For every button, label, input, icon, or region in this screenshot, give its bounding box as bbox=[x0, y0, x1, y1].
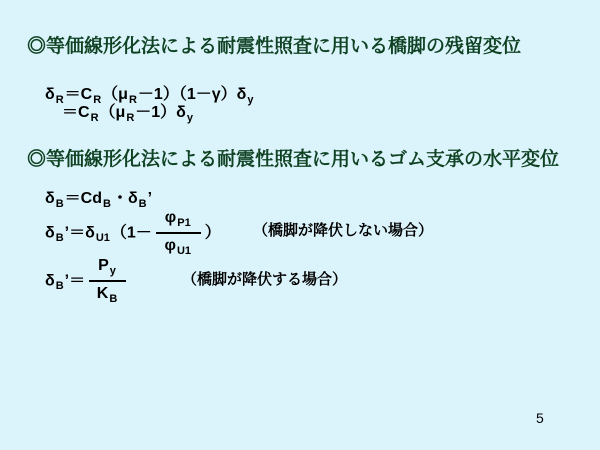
heading-pier-residual-displacement: ◎等価線形化法による耐震性照査に用いる橋脚の残留変位 bbox=[27, 37, 521, 58]
formula-subscript: B bbox=[109, 293, 117, 305]
fraction: φP1φU1 bbox=[156, 208, 201, 258]
formula-subscript: U1 bbox=[177, 245, 191, 257]
formula-token: ・δ bbox=[112, 190, 138, 207]
formula-subscript: y bbox=[247, 94, 253, 106]
formula-token: （μ bbox=[102, 86, 128, 103]
formula-token: φ bbox=[164, 237, 175, 254]
formula-token: （1－ bbox=[111, 224, 152, 241]
formula-bearing-displacement-line3: δB’＝PyKB bbox=[45, 256, 130, 306]
formula-subscript: y bbox=[187, 112, 193, 124]
formula-subscript: B bbox=[56, 232, 64, 244]
fraction-denominator: φU1 bbox=[164, 234, 192, 258]
formula-token: （μ bbox=[100, 104, 126, 121]
formula-token: K bbox=[97, 285, 109, 302]
formula-token: δ bbox=[45, 224, 55, 241]
formula-subscript: P1 bbox=[177, 217, 190, 229]
formula-token: δ bbox=[45, 86, 55, 103]
page-number: 5 bbox=[536, 410, 544, 426]
formula-subscript: y bbox=[110, 265, 116, 277]
formula-subscript: R bbox=[91, 112, 99, 124]
note-pier-not-yielding-case: （橋脚が降伏しない場合） bbox=[253, 219, 433, 240]
formula-residual-displacement-line2: ＝CR（μR－1）δy bbox=[62, 103, 194, 125]
formula-subscript: B bbox=[56, 280, 64, 292]
formula-token: －1）δ bbox=[135, 104, 186, 121]
formula-token: ’＝ bbox=[65, 272, 85, 289]
formula-token: P bbox=[98, 257, 109, 274]
formula-token: ） bbox=[205, 224, 221, 241]
note-pier-yielding-case: （橋脚が降伏する場合） bbox=[182, 268, 347, 289]
fraction-denominator: KB bbox=[97, 282, 119, 306]
fraction-numerator: φP1 bbox=[156, 208, 201, 234]
formula-token: ’＝δ bbox=[65, 224, 95, 241]
slide: ◎等価線形化法による耐震性照査に用いる橋脚の残留変位 δR＝CR（μR－1）（1… bbox=[0, 0, 600, 450]
formula-token: ＝Cd bbox=[65, 190, 102, 207]
formula-token: φ bbox=[165, 209, 176, 226]
formula-token: ’ bbox=[148, 190, 152, 207]
formula-token: δ bbox=[45, 272, 55, 289]
fraction-numerator: Py bbox=[89, 256, 126, 282]
heading-rubber-bearing-horizontal-displacement: ◎等価線形化法による耐震性照査に用いるゴム支承の水平変位 bbox=[27, 150, 559, 171]
formula-bearing-displacement-line2: δB’＝δU1（1－φP1φU1） bbox=[45, 208, 221, 258]
formula-subscript: R bbox=[126, 112, 134, 124]
formula-subscript: U1 bbox=[96, 232, 110, 244]
formula-token: ＝C bbox=[65, 86, 93, 103]
fraction: PyKB bbox=[89, 256, 126, 306]
formula-token: ＝C bbox=[62, 104, 90, 121]
formula-token: δ bbox=[45, 190, 55, 207]
formula-token: －1）（1－γ）δ bbox=[138, 86, 246, 103]
